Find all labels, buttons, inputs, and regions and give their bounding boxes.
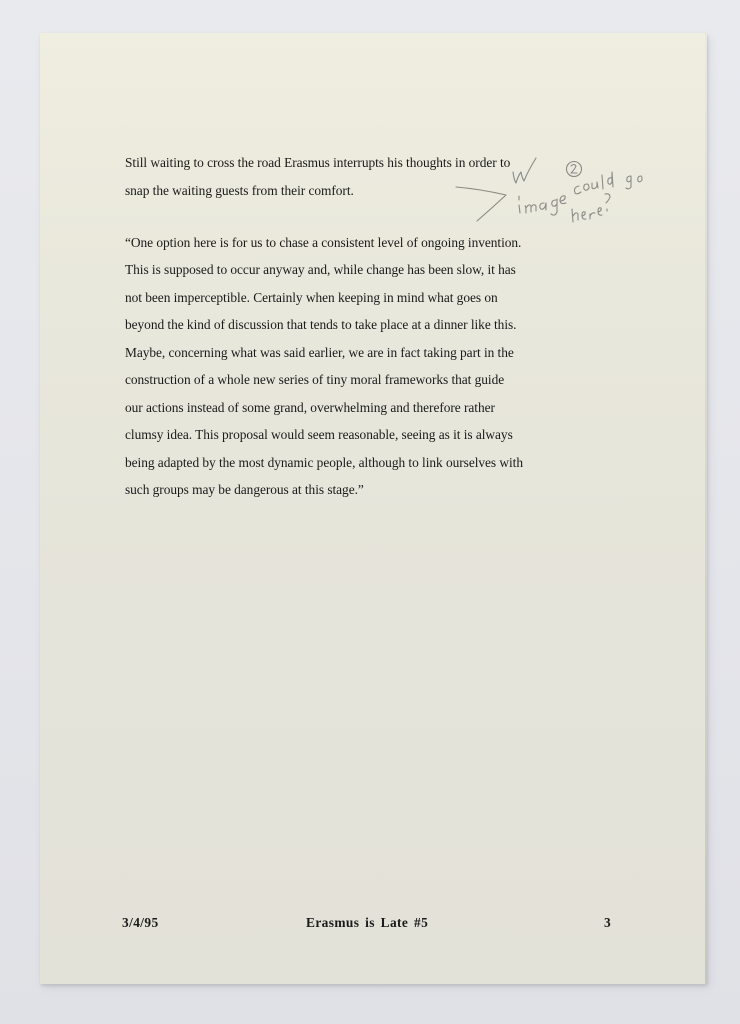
text-line: “One option here is for us to chase a co… bbox=[125, 229, 545, 257]
text-line: clumsy idea. This proposal would seem re… bbox=[125, 421, 545, 449]
text-line: being adapted by the most dynamic people… bbox=[125, 449, 545, 477]
paper-page: Still waiting to cross the road Erasmus … bbox=[40, 33, 707, 984]
text-line: construction of a whole new series of ti… bbox=[125, 366, 545, 394]
body-text: Still waiting to cross the road Erasmus … bbox=[125, 149, 545, 504]
text-line: snap the waiting guests from their comfo… bbox=[125, 177, 545, 205]
text-line: such groups may be dangerous at this sta… bbox=[125, 476, 545, 504]
page-footer: 3/4/95 Erasmus is Late #5 3 bbox=[40, 915, 707, 935]
paragraph-gap bbox=[125, 204, 545, 229]
footer-date: 3/4/95 bbox=[122, 915, 159, 931]
footer-title: Erasmus is Late #5 bbox=[306, 915, 428, 931]
paragraph-2: “One option here is for us to chase a co… bbox=[125, 229, 545, 504]
text-line: Still waiting to cross the road Erasmus … bbox=[125, 149, 545, 177]
text-line: our actions instead of some grand, overw… bbox=[125, 394, 545, 422]
paragraph-1: Still waiting to cross the road Erasmus … bbox=[125, 149, 545, 204]
footer-page-number: 3 bbox=[604, 915, 611, 931]
text-line: This is supposed to occur anyway and, wh… bbox=[125, 256, 545, 284]
text-line: not been imperceptible. Certainly when k… bbox=[125, 284, 545, 312]
text-line: Maybe, concerning what was said earlier,… bbox=[125, 339, 545, 367]
text-line: beyond the kind of discussion that tends… bbox=[125, 311, 545, 339]
